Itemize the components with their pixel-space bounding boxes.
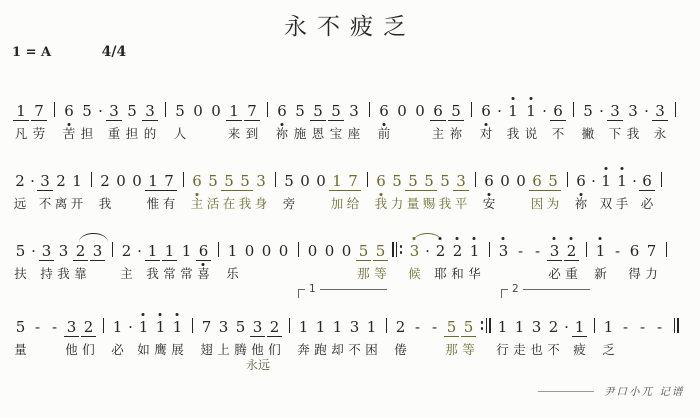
song-title: 永不疲乏 bbox=[0, 8, 700, 41]
lyric-char: 常 bbox=[180, 264, 193, 284]
dash-note: - bbox=[409, 310, 426, 360]
barline bbox=[186, 310, 198, 360]
note-token: 3上 bbox=[215, 310, 232, 360]
lyric-char bbox=[328, 264, 332, 284]
lyric-char: 等 bbox=[374, 264, 387, 284]
augmentation-dot: · bbox=[28, 164, 37, 214]
lyric-char: 疲 bbox=[573, 340, 586, 360]
lyric-char bbox=[296, 264, 300, 284]
lyric-char: 却 bbox=[331, 340, 344, 360]
lyric-char bbox=[641, 340, 645, 360]
lyric-char: 重 bbox=[108, 124, 121, 144]
augmentation-dot: · bbox=[589, 164, 598, 214]
lyric-char: 人 bbox=[174, 124, 187, 144]
note-token: 5等 bbox=[372, 234, 389, 284]
lyric-char: 离 bbox=[55, 194, 68, 214]
lyric-char: 在 bbox=[223, 194, 236, 214]
lyric-char bbox=[502, 264, 506, 284]
note-token: 3重 bbox=[105, 94, 123, 144]
note-token: 0 bbox=[393, 94, 411, 144]
note-token: 5扶 bbox=[12, 234, 29, 284]
dash-note: - bbox=[651, 310, 668, 360]
lyric-char: 必 bbox=[548, 264, 561, 284]
lyric-char: 主 bbox=[191, 194, 204, 214]
lyric-char: 也 bbox=[530, 340, 543, 360]
lyric-char: 那 bbox=[357, 264, 370, 284]
note-token: 7到 bbox=[243, 94, 261, 144]
note-token: 5我 bbox=[437, 164, 453, 214]
note-token: 6不 bbox=[549, 94, 567, 144]
note-token: 1说 bbox=[522, 94, 540, 144]
lyric-char bbox=[303, 194, 307, 214]
lyric-char bbox=[543, 124, 547, 144]
lyric-char: 我 bbox=[239, 194, 252, 214]
note-token: 1奔 bbox=[295, 310, 312, 360]
barline bbox=[269, 164, 281, 214]
lyric-char: 我 bbox=[507, 124, 520, 144]
note-token: 3下 bbox=[606, 94, 624, 144]
barline bbox=[660, 234, 672, 284]
dash-note: - bbox=[29, 310, 46, 360]
lyric-char bbox=[282, 264, 286, 284]
lyric-char bbox=[565, 340, 569, 360]
lyric-char: 赐 bbox=[423, 194, 436, 214]
lyric-char bbox=[565, 194, 569, 214]
lyric-char: 身 bbox=[255, 194, 268, 214]
lyric-char: 行 bbox=[496, 340, 509, 360]
lyric-char: 祢 bbox=[575, 194, 588, 214]
lyric-char: 力 bbox=[391, 194, 404, 214]
lyric-char bbox=[129, 340, 133, 360]
lyric-char bbox=[503, 194, 507, 214]
lyric-char: 他 bbox=[65, 340, 78, 360]
lyric-char: 开 bbox=[71, 194, 84, 214]
lyric-char: 量 bbox=[14, 340, 27, 360]
note-token: 5量 bbox=[12, 310, 29, 360]
lyric-char: 主 bbox=[120, 264, 133, 284]
note-token: 1新 bbox=[592, 234, 609, 284]
note-token: 3平 bbox=[453, 164, 469, 214]
lyric-char bbox=[673, 124, 677, 144]
note-token: 6主 bbox=[189, 164, 205, 214]
score-line-3: 5扶· 3持3我2靠3 2主· 1我1常1常6喜 1乐0 0 0 0 0 0 5… bbox=[12, 234, 672, 284]
lyric-char: 不 bbox=[552, 124, 565, 144]
volta-1-label: 1 bbox=[305, 283, 320, 295]
lyric-char: 恩 bbox=[312, 124, 325, 144]
note-token: 3候 bbox=[406, 234, 423, 284]
lyric-char bbox=[345, 264, 349, 284]
lyric-char: 上 bbox=[217, 340, 230, 360]
lyric-char: 走 bbox=[513, 340, 526, 360]
note-token: 2倦 bbox=[392, 310, 409, 360]
note-token: 1来 bbox=[225, 94, 243, 144]
lyric-char bbox=[416, 340, 420, 360]
lyric-char bbox=[248, 264, 252, 284]
note-token: 1常 bbox=[161, 234, 178, 284]
lyric-char bbox=[633, 194, 637, 214]
lyric-char bbox=[624, 340, 628, 360]
lyric-char bbox=[396, 264, 400, 284]
lyric-char bbox=[367, 124, 371, 144]
lyric-char: 持 bbox=[40, 264, 53, 284]
lyric-char bbox=[196, 124, 200, 144]
note-token: 0 bbox=[304, 234, 321, 284]
note-token: 2远 bbox=[12, 164, 28, 214]
note-token: 3永 bbox=[651, 94, 669, 144]
lyric-char: 不 bbox=[547, 340, 560, 360]
note-token: 3也 bbox=[528, 310, 545, 360]
lyric-char: 因 bbox=[531, 194, 544, 214]
barline bbox=[292, 234, 304, 284]
note-token: 3他 bbox=[63, 310, 80, 360]
note-token: 0 bbox=[513, 164, 529, 214]
lyric-char: 担 bbox=[81, 124, 94, 144]
lyric-char bbox=[190, 340, 194, 360]
lyric-char: 扶 bbox=[14, 264, 27, 284]
lyric-char bbox=[110, 264, 114, 284]
lyric-char bbox=[571, 124, 575, 144]
lyric-char: 双 bbox=[600, 194, 613, 214]
lyric-char: 量 bbox=[407, 194, 420, 214]
lyric-char bbox=[265, 124, 269, 144]
dash-note: - bbox=[426, 310, 443, 360]
note-token: 1鹰 bbox=[152, 310, 169, 360]
barline bbox=[261, 94, 273, 144]
lyric-char bbox=[53, 340, 57, 360]
note-token: 1如 bbox=[135, 310, 152, 360]
lyric-char: 对 bbox=[480, 124, 493, 144]
lyric-char: 腾 bbox=[234, 340, 247, 360]
lyric-char: 有 bbox=[163, 194, 176, 214]
lyric-char: 我 bbox=[439, 194, 452, 214]
lyric-char bbox=[584, 264, 588, 284]
time-signature: 4/4 bbox=[102, 44, 127, 60]
lyric-char: 我 bbox=[627, 124, 640, 144]
alternate-lyric: 永远 bbox=[246, 356, 270, 373]
lyric-char bbox=[519, 264, 523, 284]
lyric-char: 鹰 bbox=[154, 340, 167, 360]
note-token: 1展 bbox=[169, 310, 186, 360]
sheet-music-page: 永不疲乏 1 = A 4/4 1凡7劳 6苦5担· 3重5担3的 5人0 0 1… bbox=[0, 0, 700, 418]
lyric-char: 等 bbox=[462, 340, 475, 360]
lyric-char: 翅 bbox=[200, 340, 213, 360]
barline bbox=[669, 94, 681, 144]
note-token: 6必 bbox=[639, 164, 655, 214]
volta-bracket-1: 1 bbox=[298, 289, 387, 298]
lyric-char: 候 bbox=[408, 264, 421, 284]
lyric-char bbox=[664, 264, 668, 284]
credit-divider-line bbox=[538, 391, 594, 392]
barline bbox=[483, 234, 495, 284]
note-token: 7力 bbox=[643, 234, 660, 284]
lyric-char: 永 bbox=[654, 124, 667, 144]
note-token: 1却 bbox=[329, 310, 346, 360]
barline bbox=[106, 234, 118, 284]
barline bbox=[48, 94, 60, 144]
note-token: 3身 bbox=[253, 164, 269, 214]
lyric-char: 加 bbox=[331, 194, 344, 214]
lyric-char bbox=[287, 340, 291, 360]
lyric-char: 祢 bbox=[276, 124, 289, 144]
lyric-char: 给 bbox=[347, 194, 360, 214]
note-token: 0 bbox=[189, 94, 207, 144]
note-token: 5我 bbox=[237, 164, 253, 214]
lyric-char bbox=[101, 340, 105, 360]
note-token: 6喜 bbox=[195, 234, 212, 284]
note-token: 5那 bbox=[355, 234, 372, 284]
dash-note: - bbox=[609, 234, 626, 284]
lyric-char: 惟 bbox=[147, 194, 160, 214]
dash-note: - bbox=[46, 310, 63, 360]
note-token: 1开 bbox=[69, 164, 85, 214]
note-token: 7劳 bbox=[30, 94, 48, 144]
lyric-char bbox=[592, 340, 596, 360]
lyric-char: 到 bbox=[246, 124, 259, 144]
note-token: 2不 bbox=[545, 310, 562, 360]
lyric-char bbox=[96, 264, 100, 284]
note-token: 5量 bbox=[405, 164, 421, 214]
lyric-char: 座 bbox=[348, 124, 361, 144]
lyric-char: 祢 bbox=[450, 124, 463, 144]
barline bbox=[212, 234, 224, 284]
note-token: 0 bbox=[129, 164, 145, 214]
lyric-char bbox=[400, 124, 404, 144]
note-token: 3我 bbox=[624, 94, 642, 144]
note-token: 3持 bbox=[38, 234, 55, 284]
lyric-char: 我 bbox=[375, 194, 388, 214]
lyric-char bbox=[433, 340, 437, 360]
note-token: 1我 bbox=[144, 234, 161, 284]
note-token: 0 bbox=[207, 94, 225, 144]
lyric-char: 新 bbox=[594, 264, 607, 284]
lyric-char bbox=[473, 194, 477, 214]
note-token: 5恩 bbox=[309, 94, 327, 144]
note-token: 3不 bbox=[346, 310, 363, 360]
lyric-char bbox=[659, 194, 663, 214]
barline bbox=[469, 164, 481, 214]
lyric-char: 下 bbox=[609, 124, 622, 144]
note-token: 2靠 bbox=[72, 234, 89, 284]
note-token: 2和 bbox=[449, 234, 466, 284]
barline bbox=[177, 164, 189, 214]
lyric-char bbox=[273, 194, 277, 214]
barline bbox=[380, 310, 392, 360]
note-token: 6我 bbox=[373, 164, 389, 214]
lyric-char bbox=[592, 194, 596, 214]
lyric-char: 乏 bbox=[602, 340, 615, 360]
lyric-char bbox=[319, 194, 323, 214]
lyric-char bbox=[311, 264, 315, 284]
note-token: 0 bbox=[241, 234, 258, 284]
note-token: 6祢 bbox=[273, 94, 291, 144]
barline bbox=[588, 310, 600, 360]
lyric-char bbox=[658, 340, 662, 360]
lyric-char: 来 bbox=[228, 124, 241, 144]
augmentation-dot: · bbox=[642, 94, 651, 144]
note-token: 5为 bbox=[545, 164, 561, 214]
lyric-char bbox=[214, 124, 218, 144]
lyric-char: 我 bbox=[146, 264, 159, 284]
lyric-char bbox=[181, 194, 185, 214]
lyric-char bbox=[216, 264, 220, 284]
lyric-char bbox=[469, 124, 473, 144]
note-token: 6对 bbox=[477, 94, 495, 144]
lyric-char bbox=[265, 264, 269, 284]
score-line-2: 2远· 3不2离1开 2我0 0 1惟7有 6主5活5在5我3身 5旁0 0 1… bbox=[12, 164, 667, 214]
lyric-char: 为 bbox=[547, 194, 560, 214]
lyric-char: 说 bbox=[525, 124, 538, 144]
lyric-char bbox=[365, 194, 369, 214]
note-token: 1凡 bbox=[12, 94, 30, 144]
lyric-char: 主 bbox=[432, 124, 445, 144]
lyric-char bbox=[645, 124, 649, 144]
note-token: 3我 bbox=[55, 234, 72, 284]
final-barline bbox=[668, 310, 685, 360]
lyric-char: 手 bbox=[616, 194, 629, 214]
lyric-char: 撇 bbox=[582, 124, 595, 144]
note-token: 1华 bbox=[466, 234, 483, 284]
lyric-char bbox=[31, 194, 35, 214]
note-token: 2重 bbox=[563, 234, 580, 284]
lyric-char bbox=[163, 124, 167, 144]
note-token: 0 bbox=[275, 234, 292, 284]
note-token: 0 bbox=[297, 164, 313, 214]
lyric-char: 凡 bbox=[15, 124, 28, 144]
note-token: 1双 bbox=[598, 164, 614, 214]
note-token: 0 bbox=[497, 164, 513, 214]
note-token: 6安 bbox=[481, 164, 497, 214]
note-token: 3他 bbox=[249, 310, 266, 360]
note-token: 6因 bbox=[529, 164, 545, 214]
lyric-char: 得 bbox=[628, 264, 641, 284]
note-token: 1加 bbox=[329, 164, 345, 214]
augmentation-dot: · bbox=[597, 94, 606, 144]
note-token: 2主 bbox=[118, 234, 135, 284]
note-token: 5力 bbox=[389, 164, 405, 214]
note-token: 2离 bbox=[53, 164, 69, 214]
note-token: 5在 bbox=[221, 164, 237, 214]
lyric-char: 的 bbox=[144, 124, 157, 144]
note-token: 2们 bbox=[266, 310, 283, 360]
note-token: 6苦 bbox=[60, 94, 78, 144]
barline bbox=[561, 164, 573, 214]
lyric-char: 不 bbox=[348, 340, 361, 360]
lyric-char: 平 bbox=[455, 194, 468, 214]
lyric-char: 乐 bbox=[226, 264, 239, 284]
lyric-char: 前 bbox=[378, 124, 391, 144]
note-token: 0 bbox=[321, 234, 338, 284]
note-token: 7有 bbox=[161, 164, 177, 214]
lyric-char: 我 bbox=[57, 264, 70, 284]
note-token: 5祢 bbox=[447, 94, 465, 144]
note-token: 1困 bbox=[363, 310, 380, 360]
note-token: 1疲 bbox=[571, 310, 588, 360]
barline bbox=[361, 164, 373, 214]
note-token: 5赐 bbox=[421, 164, 437, 214]
lyric-char: 必 bbox=[111, 340, 124, 360]
lyric-char: 施 bbox=[294, 124, 307, 144]
note-token: 1行 bbox=[494, 310, 511, 360]
lyric-char bbox=[32, 264, 36, 284]
score-line-4: 5量- - 3他2们 1必· 1如1鹰1展 7翅3上5腾3他2们 1奔1跑1却3… bbox=[12, 310, 685, 360]
lyric-char bbox=[418, 124, 422, 144]
lyric-char: 奔 bbox=[297, 340, 310, 360]
note-token: 5宝 bbox=[327, 94, 345, 144]
lyric-char bbox=[138, 264, 142, 284]
barline bbox=[655, 164, 667, 214]
volta-bracket-2: 2 bbox=[501, 289, 590, 298]
lyric-char: 华 bbox=[468, 264, 481, 284]
augmentation-dot: · bbox=[495, 94, 504, 144]
note-token: 0 bbox=[113, 164, 129, 214]
lyric-char bbox=[119, 194, 123, 214]
lyric-char: 展 bbox=[171, 340, 184, 360]
lyric-char bbox=[675, 340, 679, 360]
lyric-char: 和 bbox=[451, 264, 464, 284]
augmentation-dot: · bbox=[630, 164, 639, 214]
lyric-char: 那 bbox=[445, 340, 458, 360]
augmentation-dot: · bbox=[540, 94, 549, 144]
barline bbox=[159, 94, 171, 144]
note-token: 3 bbox=[495, 234, 512, 284]
lyric-char: 倦 bbox=[394, 340, 407, 360]
lyric-char: 不 bbox=[39, 194, 52, 214]
lyric-char: 苦 bbox=[63, 124, 76, 144]
lyric-char bbox=[135, 194, 139, 214]
lyric-char: 常 bbox=[163, 264, 176, 284]
note-token: 3必 bbox=[546, 234, 563, 284]
note-token: 2们 bbox=[80, 310, 97, 360]
barline bbox=[363, 94, 375, 144]
score-header: 1 = A 4/4 bbox=[12, 44, 126, 60]
lyric-char bbox=[89, 194, 93, 214]
volta-2-label: 2 bbox=[508, 283, 523, 295]
note-token: 2我 bbox=[97, 164, 113, 214]
lyric-char: 喜 bbox=[197, 264, 210, 284]
lyric-char: 靠 bbox=[74, 264, 87, 284]
note-token: 6得 bbox=[626, 234, 643, 284]
note-token: 5撇 bbox=[579, 94, 597, 144]
note-token: 1必 bbox=[109, 310, 126, 360]
augmentation-dot: · bbox=[96, 94, 105, 144]
lyric-char: 旁 bbox=[283, 194, 296, 214]
note-token: 1常 bbox=[178, 234, 195, 284]
transcriber-credit: 尹口小兀 记谱 bbox=[538, 384, 684, 399]
lyric-char: 宝 bbox=[330, 124, 343, 144]
dash-note: - bbox=[634, 310, 651, 360]
lyric-char bbox=[426, 264, 430, 284]
lyric-char: 困 bbox=[365, 340, 378, 360]
lyric-char: 如 bbox=[137, 340, 150, 360]
lyric-char: 们 bbox=[82, 340, 95, 360]
note-token: 1乐 bbox=[224, 234, 241, 284]
note-token: 1我 bbox=[504, 94, 522, 144]
note-token: 5旁 bbox=[281, 164, 297, 214]
lyric-char bbox=[99, 124, 103, 144]
note-token: 3座 bbox=[345, 94, 363, 144]
lyric-char bbox=[484, 340, 488, 360]
note-token: 3的 bbox=[141, 94, 159, 144]
note-token: 6祢 bbox=[573, 164, 589, 214]
note-token: 0 bbox=[313, 164, 329, 214]
augmentation-dot: · bbox=[29, 234, 38, 284]
repeat-end-barline bbox=[477, 310, 494, 360]
note-token: 3不 bbox=[37, 164, 53, 214]
note-token: 5担 bbox=[78, 94, 96, 144]
note-token: 0 bbox=[338, 234, 355, 284]
lyric-char: 劳 bbox=[33, 124, 46, 144]
note-token: 0 bbox=[411, 94, 429, 144]
